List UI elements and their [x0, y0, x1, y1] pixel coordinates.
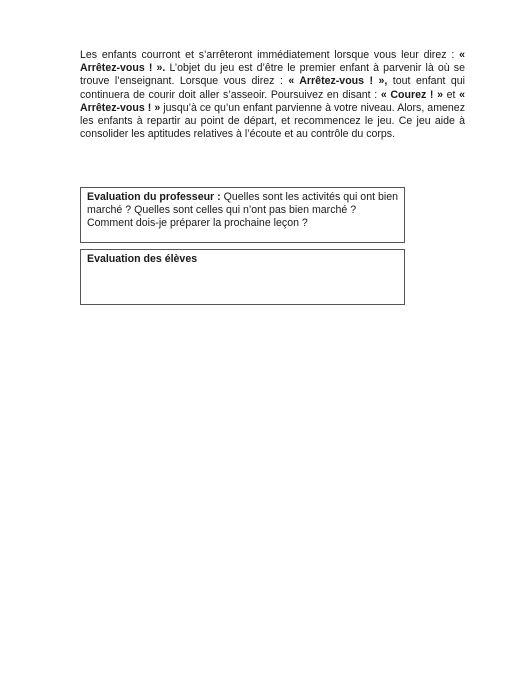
student-evaluation-box: Evaluation des élèves — [80, 249, 405, 305]
emphasized-command-text: « Arrêtez-vous ! », — [288, 75, 387, 87]
teacher-evaluation-question3: Comment dois-je préparer la prochaine le… — [87, 217, 398, 230]
teacher-evaluation-question1: Quelles sont les activités qui ont bien — [221, 191, 398, 203]
teacher-evaluation-box: Evaluation du professeur : Quelles sont … — [80, 187, 405, 243]
teacher-evaluation-line1: Evaluation du professeur : Quelles sont … — [87, 191, 398, 204]
student-evaluation-title: Evaluation des élèves — [87, 253, 398, 266]
teacher-evaluation-title: Evaluation du professeur : — [87, 191, 221, 203]
document-page: Les enfants courront et s’arrêteront imm… — [0, 0, 532, 688]
game-instructions-paragraph: Les enfants courront et s’arrêteront imm… — [80, 49, 465, 141]
emphasized-command-text: « Courez ! » — [381, 89, 443, 101]
teacher-evaluation-question2: marché ? Quelles sont celles qui n’ont p… — [87, 204, 398, 217]
paragraph-text: Les enfants courront et s’arrêteront imm… — [80, 49, 459, 61]
paragraph-text: et — [443, 89, 459, 101]
